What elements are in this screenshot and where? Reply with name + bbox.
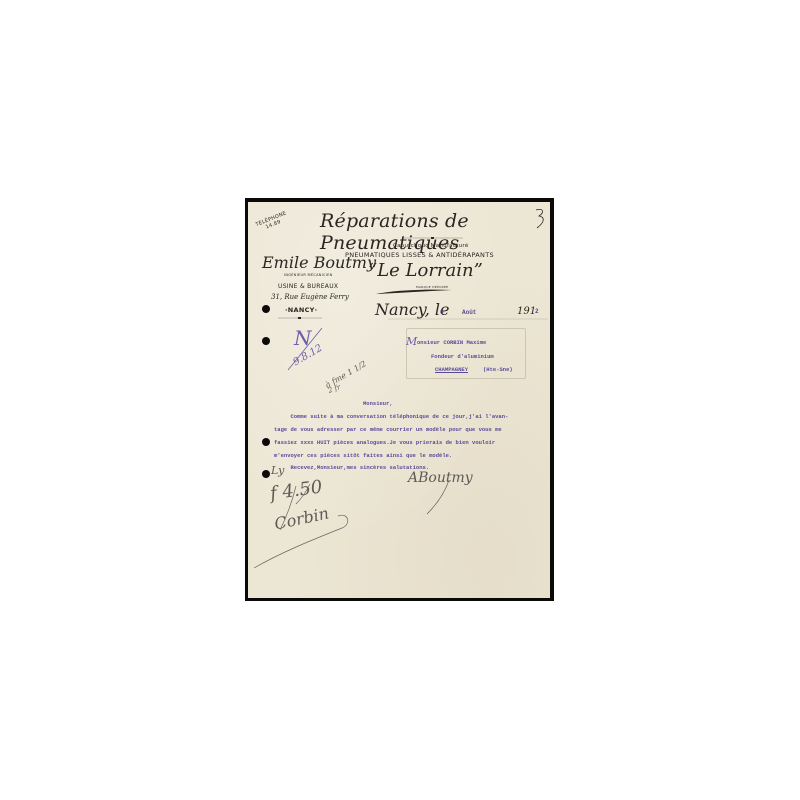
recipient-department: (Hte-Sne)	[483, 366, 513, 373]
signature-tail	[423, 478, 453, 518]
date-month: Août	[462, 309, 476, 316]
date-year-prefix: 191	[517, 306, 536, 317]
date-place: Nancy, le	[375, 300, 449, 319]
subtitle-manufacture: Caoutchouc Manufacturé	[393, 243, 469, 249]
street-address: 31, Rue Eugène Ferry	[271, 293, 349, 301]
date-day: 6	[440, 309, 444, 316]
pencil-initials: Ly	[271, 464, 284, 477]
brand-name: “Le Lorrain”	[368, 260, 483, 281]
body-line: m'envoyer ces pièces sitôt faites ainsi …	[274, 452, 452, 459]
date-rule	[388, 318, 548, 321]
telephone-block: TÉLÉPHONE 14.89	[255, 210, 290, 233]
title-underline	[403, 236, 463, 240]
proprietor-title: INGÉNIEUR MÉCANICIEN	[284, 273, 333, 277]
premises-label: USINE & BUREAUX	[278, 283, 338, 290]
body-line: fassiez xxxx HUIT pièces analogues.Je vo…	[274, 439, 495, 446]
brand-swash	[376, 288, 452, 296]
recipient-name: onsieur CORBIN Maxime	[417, 339, 486, 346]
recipient-occupation: Fondeur d'aluminium	[431, 353, 494, 360]
letter-page: TÉLÉPHONE 14.89 Emile Boutmy INGÉNIEUR M…	[248, 202, 550, 598]
divider-ornament	[278, 316, 322, 320]
title-flourish	[533, 208, 547, 232]
punch-hole	[262, 438, 270, 446]
recipient-initial: M	[406, 335, 417, 348]
date-year-suffix: 2	[535, 308, 539, 315]
body-line: Comme suite à ma conversation téléphoniq…	[274, 413, 508, 420]
body-line: Recevez,Monsieur,mes sincères salutation…	[274, 464, 429, 471]
salutation: Monsieur,	[363, 400, 393, 407]
punch-hole	[262, 470, 270, 478]
subtitle-products: PNEUMATIQUES LISSES & ANTIDÉRAPANTS	[345, 251, 494, 259]
city-label: ·NANCY·	[285, 306, 317, 314]
punch-hole	[262, 337, 270, 345]
punch-hole	[262, 305, 270, 313]
pencil-stroke	[252, 482, 382, 572]
body-line: tage de vous adresser par ce même courri…	[274, 426, 502, 433]
recipient-city: CHAMPAGNEY	[435, 366, 468, 373]
